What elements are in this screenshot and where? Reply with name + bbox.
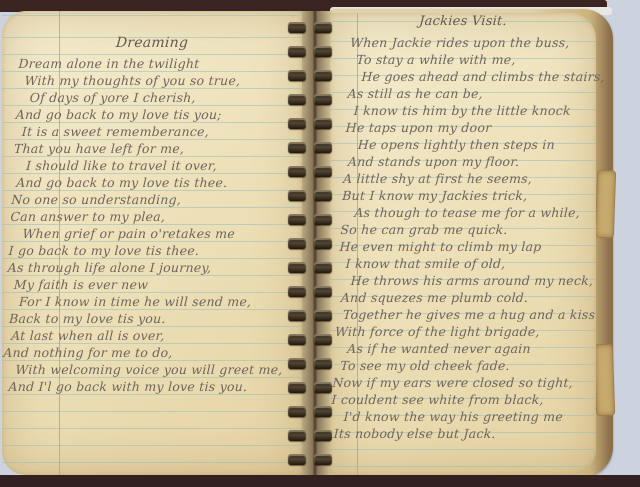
- poem-line: As though to tease me for a while,: [341, 204, 596, 221]
- binding-loop: [288, 406, 332, 417]
- page-edge-tape: [595, 170, 616, 239]
- right-page: Jackies Visit. When Jackie rides upon th…: [330, 13, 596, 475]
- binding-loop: [288, 358, 332, 369]
- binding-loop: [288, 166, 332, 177]
- poem-line: Its nobody else but Jack.: [329, 425, 584, 442]
- poem-line: My faith is ever new: [6, 276, 297, 293]
- binding-loop: [288, 190, 332, 201]
- binding-loop: [288, 262, 332, 273]
- poem-line: He goes ahead and climbs the stairs,: [348, 68, 603, 85]
- notebook-cover-bottom: [0, 475, 640, 487]
- poem-line: I go back to my love tis thee.: [8, 242, 299, 259]
- poem-line: With welcoming voice you will greet me,: [2, 361, 293, 378]
- poem-line: Back to my love tis you.: [5, 310, 296, 327]
- left-page-poem: Dream alone in the twilightWith my thoug…: [1, 55, 309, 395]
- poem-line: When grief or pain o'retakes me: [9, 225, 300, 242]
- poem-line: So he can grab me quick.: [340, 221, 595, 238]
- poem-line: When Jackie rides upon the buss,: [350, 34, 605, 51]
- binding-loop: [288, 382, 332, 393]
- poem-line: I know that smile of old,: [338, 255, 593, 272]
- poem-line: To see my old cheek fade.: [333, 357, 588, 374]
- poem-line: To stay a while with me,: [349, 51, 604, 68]
- left-page: Dreaming Dream alone in the twilightWith…: [2, 11, 302, 475]
- poem-line: With force of the light brigade,: [335, 323, 590, 340]
- binding-loop: [288, 286, 332, 297]
- poem-line: And stands upon my floor.: [344, 153, 599, 170]
- poem-line: I know tis him by the little knock: [346, 102, 601, 119]
- spiral-binding: [288, 22, 336, 478]
- binding-loop: [288, 214, 332, 225]
- binding-loop: [288, 22, 332, 33]
- poem-line: As if he wanted never again: [334, 340, 589, 357]
- poem-line: No one so understanding,: [11, 191, 302, 208]
- poem-line: It is a sweet rememberance,: [14, 123, 305, 140]
- poem-line: I couldent see white from black,: [331, 391, 586, 408]
- poem-line: As still as he can be,: [347, 85, 602, 102]
- poem-line: With my thoughts of you so true,: [17, 72, 308, 89]
- right-page-poem: When Jackie rides upon the buss,To stay …: [329, 34, 604, 442]
- binding-loop: [288, 238, 332, 249]
- poem-line: Now if my ears were closed so tight,: [332, 374, 587, 391]
- binding-loop: [288, 334, 332, 345]
- binding-loop: [288, 46, 332, 57]
- binding-loop: [288, 118, 332, 129]
- poem-line: For I know in time he will send me,: [6, 293, 297, 310]
- poem-line: Together he gives me a hug and a kiss: [336, 306, 591, 323]
- poem-line: And nothing for me to do,: [3, 344, 294, 361]
- poem-line: Of days of yore I cherish,: [16, 89, 307, 106]
- poem-line: He even might to climb my lap: [339, 238, 594, 255]
- poem-line: And go back to my love tis you;: [15, 106, 306, 123]
- binding-loop: [288, 94, 332, 105]
- binding-loop: [288, 454, 332, 465]
- poem-line: He opens lightly then steps in: [344, 136, 599, 153]
- poem-line: He throws his arms around my neck,: [337, 272, 592, 289]
- binding-loop: [288, 430, 332, 441]
- poem-line: And I'l go back with my love tis you.: [1, 378, 292, 395]
- poem-line: I should like to travel it over,: [13, 157, 304, 174]
- right-page-title: Jackies Visit.: [329, 14, 596, 29]
- poem-line: But I know my Jackies trick,: [342, 187, 597, 204]
- poem-line: At last when all is over,: [4, 327, 295, 344]
- binding-loop: [288, 310, 332, 321]
- poem-line: A little shy at first he seems,: [343, 170, 598, 187]
- poem-line: I'd know the way his greeting me: [330, 408, 585, 425]
- left-page-title: Dreaming: [1, 35, 302, 51]
- poem-line: Can answer to my plea,: [10, 208, 301, 225]
- poem-line: As through life alone I journey,: [7, 259, 298, 276]
- binding-loop: [288, 70, 332, 81]
- poem-line: Dream alone in the twilight: [18, 55, 309, 72]
- poem-line: He taps upon my door: [345, 119, 600, 136]
- poem-line: And go back to my love tis thee.: [12, 174, 303, 191]
- page-edge-tape: [594, 344, 616, 417]
- poem-line: That you have left for me,: [14, 140, 305, 157]
- notebook-photo: Dreaming Dream alone in the twilightWith…: [0, 0, 640, 487]
- poem-line: And squezes me plumb cold.: [336, 289, 591, 306]
- binding-loop: [288, 142, 332, 153]
